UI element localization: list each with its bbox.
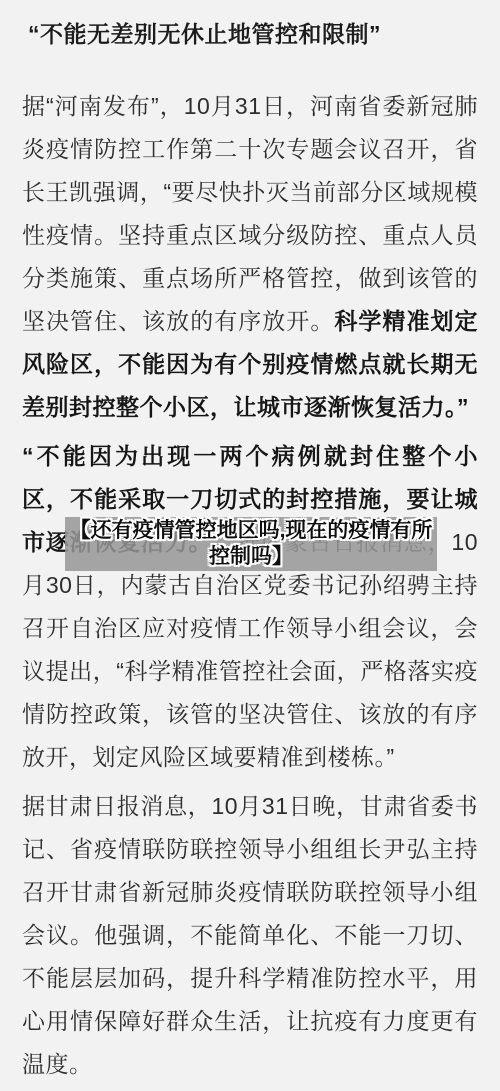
- caption-overlay: 【还有疫情管控地区吗,现在的疫情有所控制吗】: [65, 517, 437, 571]
- article-paragraph: 据“河南发布”，10月31日，河南省委新冠肺炎疫情防控工作第二十次专题会议召开，…: [22, 85, 478, 429]
- article-heading: “不能无差别无休止地管控和限制”: [28, 16, 478, 52]
- article-paragraph: “不能因为出现一两个病例就封住整个小区，不能采取一刀切式的封控措施，要让城市逐渐…: [22, 435, 478, 779]
- article-page: “不能无差别无休止地管控和限制” 据“河南发布”，10月31日，河南省委新冠肺炎…: [0, 0, 500, 1091]
- article-body: 据“河南发布”，10月31日，河南省委新冠肺炎疫情防控工作第二十次专题会议召开，…: [22, 85, 478, 1086]
- paragraph-segment: 据甘肃日报消息，10月31日晚，甘肃省委书记、省疫情联防联控领导小组组长尹弘主持…: [22, 793, 478, 1077]
- caption-overlay-text: 【还有疫情管控地区吗,现在的疫情有所控制吗】: [65, 518, 437, 570]
- paragraph-segment: 据“河南发布”，10月31日，河南省委新冠肺炎疫情防控工作第二十次专题会议召开，…: [22, 93, 478, 334]
- article-paragraph: 据甘肃日报消息，10月31日晚，甘肃省委书记、省疫情联防联控领导小组组长尹弘主持…: [22, 785, 478, 1086]
